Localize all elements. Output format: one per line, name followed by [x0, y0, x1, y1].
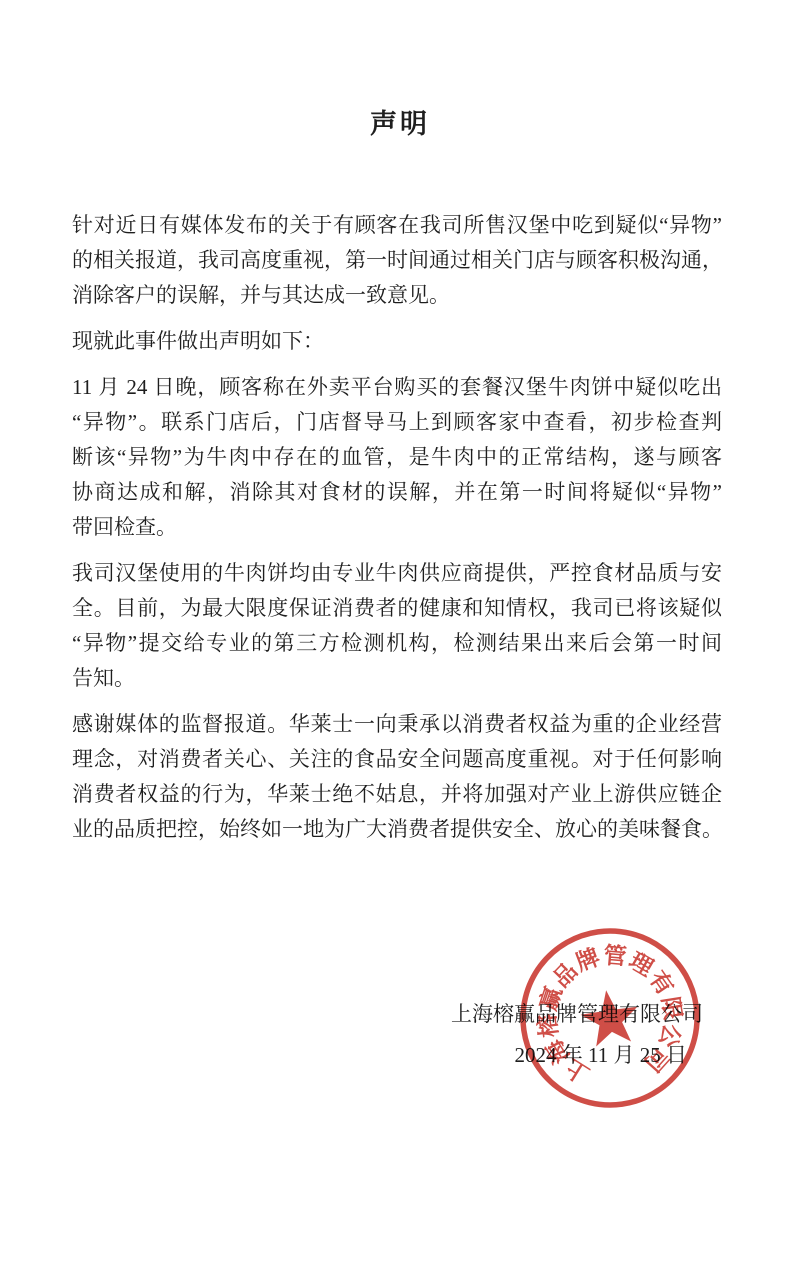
- text-line: “异物”。联系门店后，门店督导马上到顾客家中查看，初步检查判: [72, 405, 722, 440]
- text-line: 全。目前，为最大限度保证消费者的健康和知情权，我司已将该疑似: [72, 591, 722, 626]
- seal-ring-char: 牌: [572, 943, 603, 975]
- seal-ring-char: 品: [548, 958, 582, 992]
- text-line: 我司汉堡使用的牛肉饼均由专业牛肉供应商提供，严控食材品质与安: [72, 556, 722, 591]
- text-line: 感谢媒体的监督报道。华莱士一向秉承以消费者权益为重的企业经营: [72, 707, 722, 742]
- signature-date: 2024 年 11 月 25 日: [515, 1038, 687, 1073]
- text-line: 理念，对消费者关心、关注的食品安全问题高度重视。对于任何影响: [72, 742, 722, 777]
- text-line: 消费者权益的行为，华莱士绝不姑息，并将加强对产业上游供应链企: [72, 777, 722, 812]
- text-line: 协商达成和解，消除其对食材的误解，并在第一时间将疑似“异物”: [72, 475, 722, 510]
- page-title: 声明: [0, 0, 800, 142]
- seal-ring-char: 管: [603, 942, 628, 970]
- text-line: “异物”提交给专业的第三方检测机构，检测结果出来后会第一时间: [72, 626, 722, 661]
- seal-ring-char: 理: [625, 948, 658, 982]
- document-body: 针对近日有媒体发布的关于有顾客在我司所售汉堡中吃到疑似“异物”的相关报道，我司高…: [72, 208, 722, 847]
- text-line: 11 月 24 日晚，顾客称在外卖平台购买的套餐汉堡牛肉饼中疑似吃出: [72, 370, 722, 405]
- text-line: 针对近日有媒体发布的关于有顾客在我司所售汉堡中吃到疑似“异物”: [72, 208, 722, 243]
- text-line: 消除客户的误解，并与其达成一致意见。: [72, 278, 722, 313]
- text-line: 带回检查。: [72, 510, 722, 545]
- text-line: 业的品质把控，始终如一地为广大消费者提供安全、放心的美味餐食。: [72, 812, 722, 847]
- text-line: 断该“异物”为牛肉中存在的血管，是牛肉中的正常结构，遂与顾客: [72, 440, 722, 475]
- statement-document: 声明 针对近日有媒体发布的关于有顾客在我司所售汉堡中吃到疑似“异物”的相关报道，…: [0, 0, 800, 1266]
- text-line: 告知。: [72, 661, 722, 696]
- text-line: 现就此事件做出声明如下：: [72, 324, 722, 359]
- signature-company-name: 上海榕赢品牌管理有限公司: [451, 997, 703, 1032]
- seal-ring-char: 有: [644, 966, 678, 1000]
- text-line: 的相关报道，我司高度重视，第一时间通过相关门店与顾客积极沟通，: [72, 243, 722, 278]
